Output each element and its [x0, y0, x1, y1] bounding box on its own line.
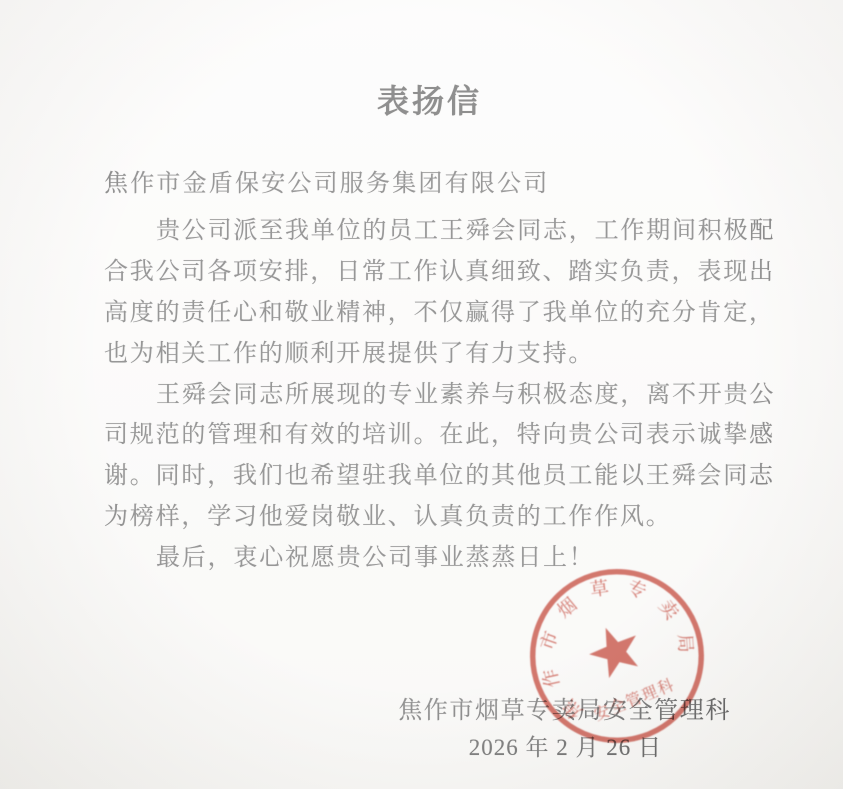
- body-line: 司规范的管理和有效的培训。在此，特向贵公司表示诚挚感: [104, 415, 764, 456]
- seal-bottom-text: 安全管理科: [592, 676, 678, 724]
- body-line: 高度的责任心和敬业精神，不仅赢得了我单位的充分肯定，: [104, 293, 764, 334]
- body-line: 贵公司派至我单位的员工王舜会同志，工作期间积极配: [104, 211, 764, 252]
- body-line: 合我公司各项安排，日常工作认真细致、踏实负责，表现出: [104, 252, 764, 293]
- body-line: 王舜会同志所展现的专业素养与积极态度，离不开贵公: [104, 375, 764, 416]
- body-line: 谢。同时，我们也希望驻我单位的其他员工能以王舜会同志: [104, 456, 764, 497]
- salutation: 焦作市金盾保安公司服务集团有限公司: [104, 163, 549, 198]
- seal-star-icon: [582, 618, 647, 681]
- letter-page: 表扬信 焦作市金盾保安公司服务集团有限公司 贵公司派至我单位的员工王舜会同志，工…: [0, 0, 843, 789]
- body-line: 也为相关工作的顺利开展提供了有力支持。: [104, 334, 764, 375]
- letter-title: 表扬信: [8, 76, 843, 122]
- letter-body: 贵公司派至我单位的员工王舜会同志，工作期间积极配 合我公司各项安排，日常工作认真…: [104, 211, 764, 579]
